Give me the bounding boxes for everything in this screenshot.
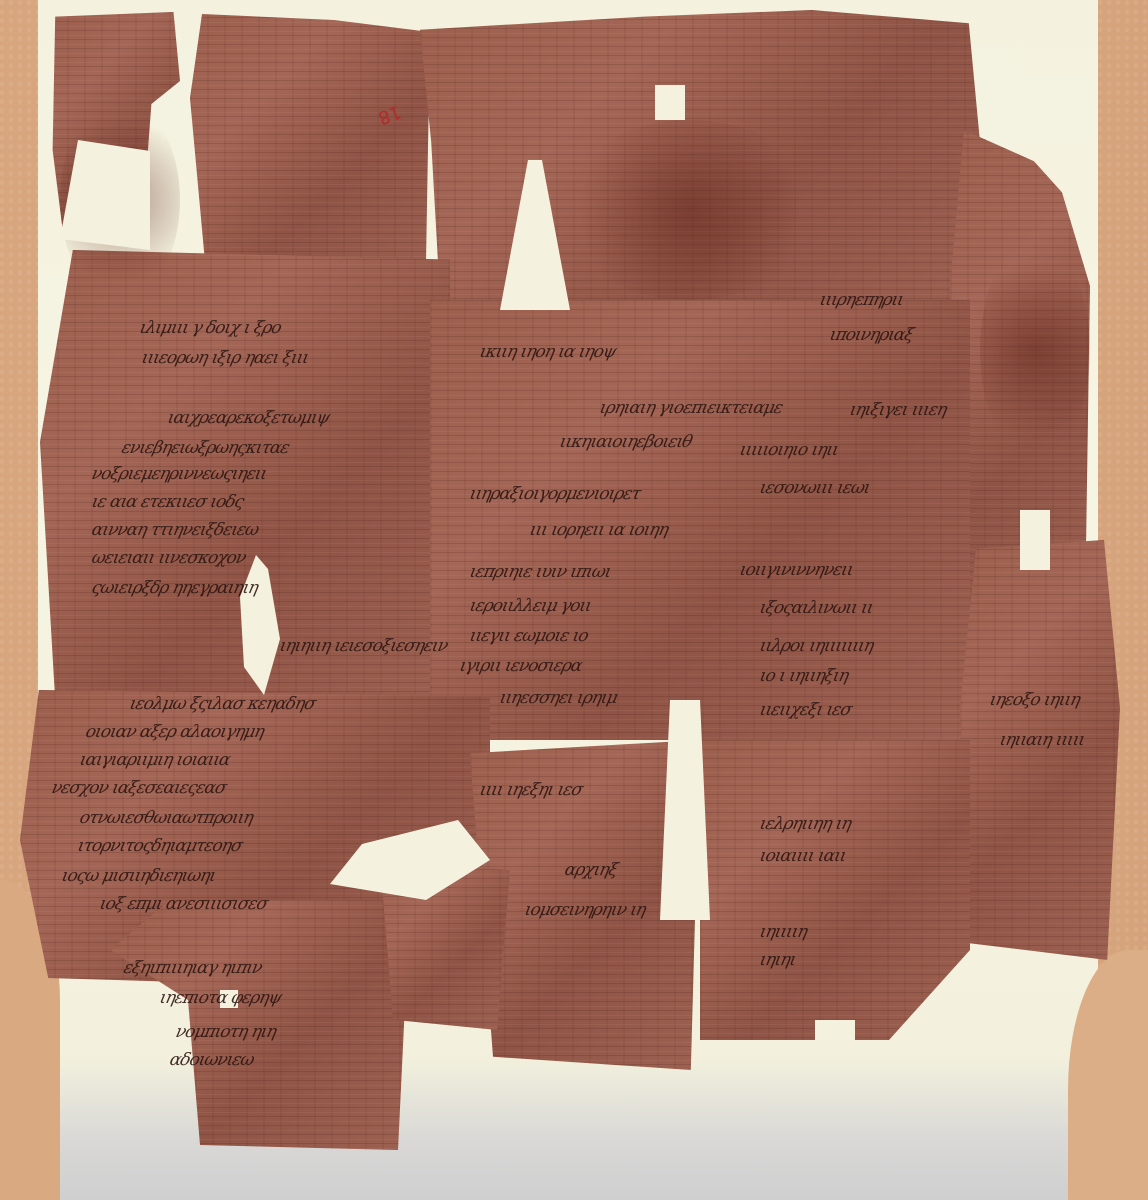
- stain: [980, 240, 1090, 460]
- stain: [560, 120, 820, 300]
- script-line: ιηιηι: [758, 950, 798, 970]
- script-line: ιελρηιιηη ιη: [758, 814, 853, 834]
- papyrus-fragment-right-column: [960, 540, 1120, 960]
- script-line: ιαιχρεαρεκοξετωμιψ: [166, 408, 331, 428]
- script-line: ιτορνιτοςδηιαμτεοησ: [76, 836, 244, 856]
- lacuna: [655, 85, 685, 120]
- script-line: ιηιιαιη ιιιιι: [998, 730, 1087, 750]
- script-line: ιομσεινηρηιν ιη: [523, 900, 648, 920]
- script-line: νεσχον ιαξεσεαιεςεασ: [50, 778, 228, 798]
- script-line: ιε αια ετεκιιεσ ιοδς: [90, 492, 245, 512]
- script-line: ιιηραξιοιγορμενιοιρετ: [468, 484, 642, 504]
- script-line: ιξοςαιλινωιι ιι: [758, 598, 875, 618]
- script-line: ιιηεσσηει ιρηιμ: [498, 688, 619, 708]
- script-line: ιοξ επμι ανεσιιισισεσ: [98, 894, 269, 914]
- script-line: ιηιξιγει ιιιεη: [848, 400, 948, 420]
- script-line: αινναη ττιηνειξδειεω: [90, 520, 260, 540]
- script-line: ωειειαιι ιινεσκοχον: [90, 548, 248, 568]
- script-line: ιιιιιοιηιο ιηιι: [738, 440, 840, 460]
- script-line: οιοιαν αξερ αλαοιγημη: [84, 722, 266, 742]
- script-line: ιηεπιοτα φερηψ: [158, 988, 283, 1008]
- script-line: ιο ι ιηιιηξιη: [758, 666, 850, 686]
- script-line: ικιιη ιηοη ια ιηοψ: [478, 342, 618, 362]
- script-line: ιιιι ιηεξηι ιεσ: [478, 780, 584, 800]
- script-line: ιικηιαιοιηεβοιειθ: [558, 432, 694, 452]
- papyrus-fragment-lower-right: [700, 740, 970, 1040]
- script-line: εξηιπιιιηιαγ ηιπιν: [122, 958, 264, 978]
- script-line: ιλιμιιι γ δοιχ ι ξρο: [138, 318, 283, 338]
- script-line: ιρηιαιη γιοεπιεικτειαμε: [598, 398, 784, 418]
- script-line: ιηεοξο ιηιιη: [988, 690, 1082, 710]
- script-line: ιοιιγινιννηνειι: [738, 560, 855, 580]
- script-line: νομπιοτη ηιη: [174, 1022, 278, 1042]
- script-line: ιιεγιι εωμοιε ιο: [468, 626, 590, 646]
- script-line: ιεολμω ξςιλασ κεηαδησ: [128, 694, 317, 714]
- lacuna: [815, 1020, 855, 1040]
- script-line: ςωιειρξδρ ηηεγραιηιη: [90, 578, 260, 598]
- script-line: ιηιιιιη: [758, 922, 809, 942]
- script-line: ιοιαιιιι ιαιι: [758, 846, 848, 866]
- script-line: αδοιωνιεω: [168, 1050, 256, 1070]
- script-line: νοξριεμεηριννεωςιηειι: [90, 464, 268, 484]
- lacuna: [1020, 510, 1050, 570]
- script-line: ενιεβηειωξρωηςκιταε: [120, 438, 291, 458]
- script-line: ιεσονωιιι ιεωι: [758, 478, 872, 498]
- script-line: ιιι ιορηειι ια ιοιηη: [528, 520, 670, 540]
- script-line: ιγιριι ιενοσιερα: [458, 656, 584, 676]
- script-line: αρχιηξ: [563, 860, 619, 880]
- script-line: ιεπριηιε ιυιν ιπιωι: [468, 562, 613, 582]
- script-line: ιοςω μισιιηδιεηιωηι: [60, 866, 217, 886]
- script-line: ιιιεορωη ιξιρ ηαει ξιιι: [140, 348, 310, 368]
- script-line: οτνωιεσθωιαωτπροιιη: [78, 808, 255, 828]
- script-line: ιεροιιλλειμ γοιι: [468, 596, 593, 616]
- script-line: ιιλροι ιηιιιιιιιη: [758, 636, 875, 656]
- script-line: ιαιγιαριιμιη ιοιαιια: [78, 750, 232, 770]
- script-line: ιιιρηεπηριι: [818, 290, 905, 310]
- script-line: ιιειιχεξι ιεσ: [758, 700, 853, 720]
- script-line: ιποινηριαξ: [828, 325, 915, 345]
- script-line: ιηιηιιη ιειεσοξιεσηειν: [278, 636, 449, 656]
